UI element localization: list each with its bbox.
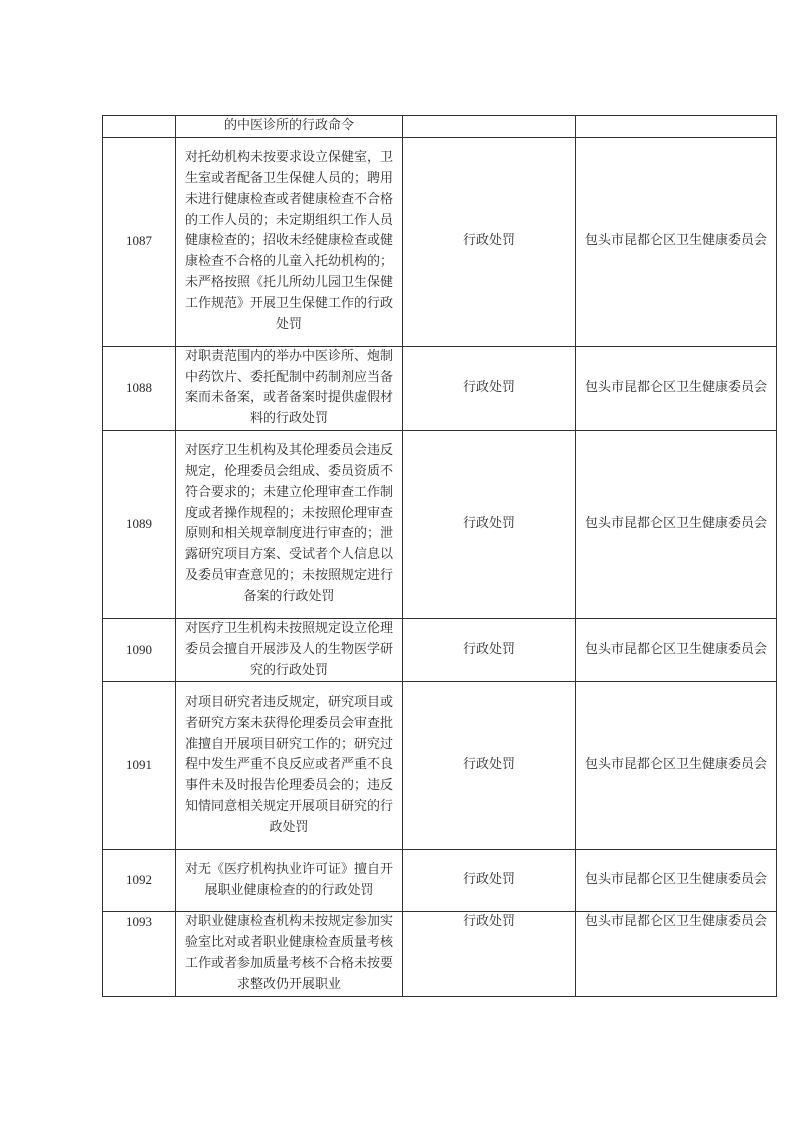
row-type: 行政处罚 [403,346,576,430]
table-row: 1089 对医疗卫生机构及其伦理委员会违反规定，伦理委员会组成、委员资质不符合要… [103,430,777,618]
row-description: 对医疗卫生机构未按照规定设立伦理委员会擅自开展涉及人的生物医学研究的行政处罚 [176,618,403,681]
row-number: 1093 [103,912,176,996]
row-type: 行政处罚 [403,618,576,681]
row-number: 1092 [103,850,176,912]
row-authority [576,116,777,138]
row-description: 对托幼机构未按要求设立保健室，卫生室或者配备卫生保健人员的；聘用未进行健康检查或… [176,137,403,346]
row-description: 对医疗卫生机构及其伦理委员会违反规定，伦理委员会组成、委员资质不符合要求的；未建… [176,430,403,618]
row-number: 1090 [103,618,176,681]
table-row: 1092 对无《医疗机构执业许可证》擅自开展职业健康检查的的行政处罚 行政处罚 … [103,850,777,912]
row-number: 1091 [103,682,176,850]
row-authority: 包头市昆都仑区卫生健康委员会 [576,618,777,681]
document-page: 的中医诊所的行政命令 1087 对托幼机构未按要求设立保健室，卫生室或者配备卫生… [0,0,793,1122]
row-type: 行政处罚 [403,912,576,996]
table-row: 的中医诊所的行政命令 [103,116,777,138]
row-description: 对无《医疗机构执业许可证》擅自开展职业健康检查的的行政处罚 [176,850,403,912]
row-description: 对项目研究者违反规定，研究项目或者研究方案未获得伦理委员会审查批准擅自开展项目研… [176,682,403,850]
row-type [403,116,576,138]
row-number [103,116,176,138]
row-type: 行政处罚 [403,430,576,618]
row-authority: 包头市昆都仑区卫生健康委员会 [576,912,777,996]
authority-text: 包头市昆都仑区卫生健康委员会 [579,640,773,661]
table-row: 1093 对职业健康检查机构未按规定参加实验室比对或者职业健康检查质量考核工作或… [103,912,777,996]
row-number: 1089 [103,430,176,618]
row-authority: 包头市昆都仑区卫生健康委员会 [576,346,777,430]
row-type: 行政处罚 [403,682,576,850]
table-row: 1087 对托幼机构未按要求设立保健室，卫生室或者配备卫生保健人员的；聘用未进行… [103,137,777,346]
authority-text: 包头市昆都仑区卫生健康委员会 [579,912,773,933]
row-number: 1087 [103,137,176,346]
row-number: 1088 [103,346,176,430]
authority-text: 包头市昆都仑区卫生健康委员会 [579,870,773,891]
row-authority: 包头市昆都仑区卫生健康委员会 [576,430,777,618]
authority-text: 包头市昆都仑区卫生健康委员会 [579,378,773,399]
table-row: 1090 对医疗卫生机构未按照规定设立伦理委员会擅自开展涉及人的生物医学研究的行… [103,618,777,681]
authority-text: 包头市昆都仑区卫生健康委员会 [579,231,773,252]
authority-text: 包头市昆都仑区卫生健康委员会 [579,755,773,776]
row-description: 对职业健康检查机构未按规定参加实验室比对或者职业健康检查质量考核工作或者参加质量… [176,912,403,996]
authority-text: 包头市昆都仑区卫生健康委员会 [579,514,773,535]
table-row: 1091 对项目研究者违反规定，研究项目或者研究方案未获得伦理委员会审查批准擅自… [103,682,777,850]
table-row: 1088 对职责范围内的举办中医诊所、炮制中药饮片、委托配制中药制剂应当备案而未… [103,346,777,430]
administrative-penalty-table: 的中医诊所的行政命令 1087 对托幼机构未按要求设立保健室，卫生室或者配备卫生… [102,115,777,997]
row-authority: 包头市昆都仑区卫生健康委员会 [576,137,777,346]
row-description: 的中医诊所的行政命令 [176,116,403,138]
row-description: 对职责范围内的举办中医诊所、炮制中药饮片、委托配制中药制剂应当备案而未备案，或者… [176,346,403,430]
row-type: 行政处罚 [403,137,576,346]
row-authority: 包头市昆都仑区卫生健康委员会 [576,682,777,850]
row-authority: 包头市昆都仑区卫生健康委员会 [576,850,777,912]
row-type: 行政处罚 [403,850,576,912]
